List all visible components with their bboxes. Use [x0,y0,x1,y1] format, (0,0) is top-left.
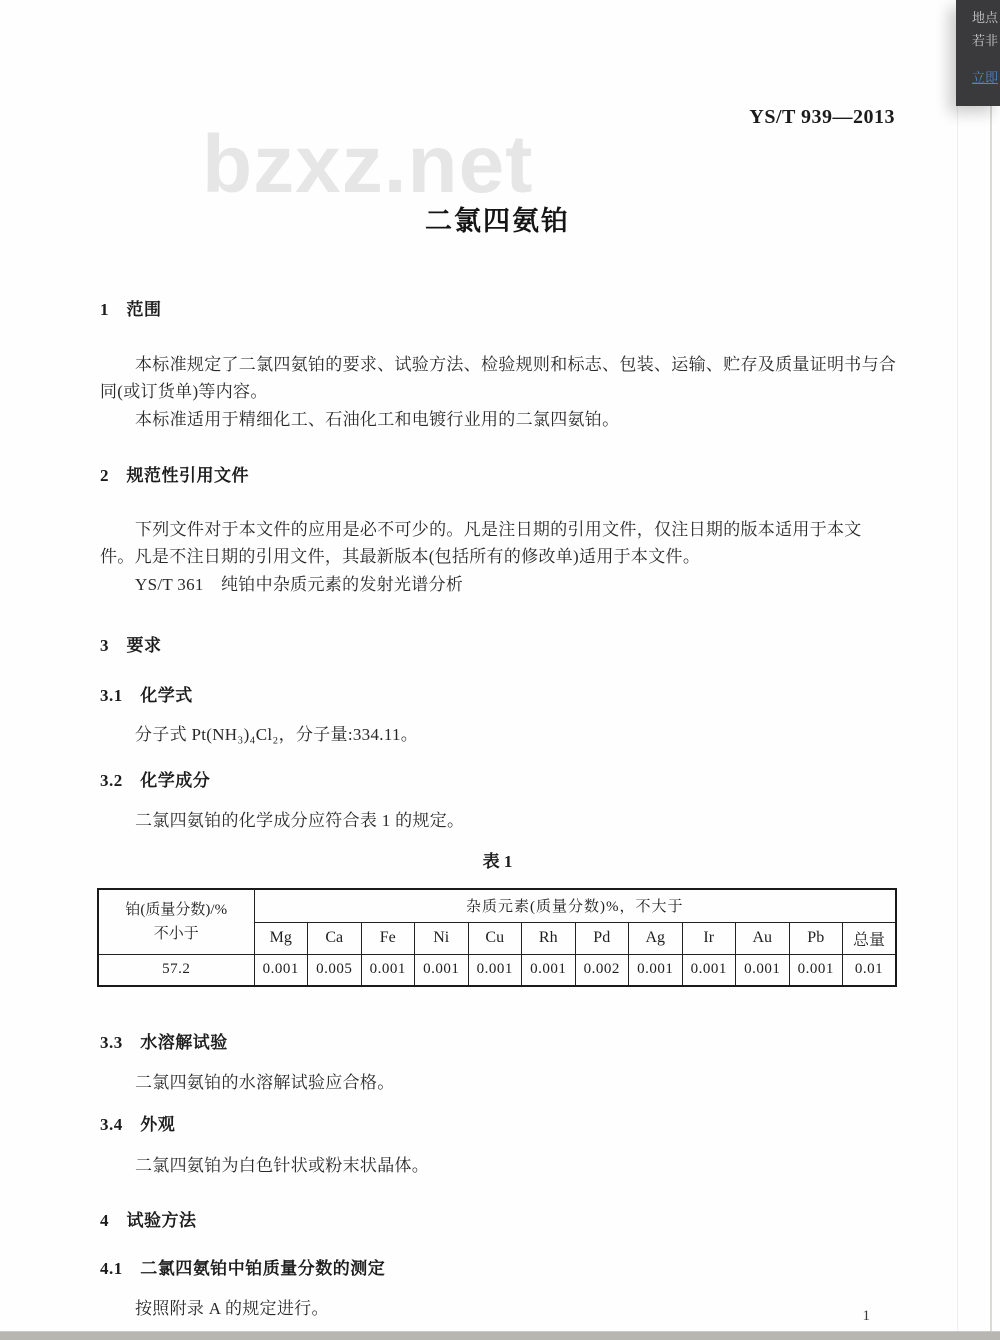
page-number: 1 [100,1308,870,1325]
table-header-element: Au [736,922,790,954]
section-1-heading: 1 范围 [100,295,162,320]
notice-popup-line-1: 地点 [972,6,1000,29]
table-cell-value: 0.001 [789,954,843,986]
notice-popup: 地点 若非 立即 [956,0,1000,106]
table-header-element: Ni [415,922,469,954]
section-3-2-heading: 3.2 化学成分 [100,766,210,791]
table-header-element: Mg [254,922,308,954]
table-cell-value: 0.002 [575,954,629,986]
table-header-element: Ag [629,922,683,954]
table-header-element: Ir [682,922,736,954]
section-3-4-heading: 3.4 外观 [100,1110,175,1135]
section-3-3-paragraph: 二氯四氨铂的水溶解试验应合格。 [100,1068,395,1093]
section-3-1-paragraph: 分子式 Pt(NH₃)₄Cl₂，分子量:334.11。 [100,720,418,745]
watermark: bzxz.net [202,124,533,206]
table-cell-value: 0.001 [629,954,683,986]
table-1: 铂(质量分数)/% 不小于 杂质元素(质量分数)%，不大于 Mg Ca Fe N… [97,888,897,987]
table-cell-value: 0.005 [308,954,362,986]
table-cell-value: 0.001 [468,954,522,986]
standard-number: YS/T 939—2013 [100,106,895,129]
page-edge-line [990,0,992,1332]
table-cell-value: 0.001 [736,954,790,986]
table-header-element: Rh [522,922,576,954]
table-header-impurities: 杂质元素(质量分数)%，不大于 [254,889,896,922]
table-cell-value: 0.001 [415,954,469,986]
table-header-element: Pd [575,922,629,954]
table-cell-value: 0.001 [361,954,415,986]
table-header-element: Ca [308,922,362,954]
notice-popup-link[interactable]: 立即 [972,67,1000,86]
section-1-paragraph-line: 同(或订货单)等内容。 [100,377,268,402]
section-4-heading: 4 试验方法 [100,1206,197,1231]
section-2-heading: 2 规范性引用文件 [100,461,249,486]
section-1-paragraph-line: 本标准规定了二氯四氨铂的要求、试验方法、检验规则和标志、包装、运输、贮存及质量证… [100,350,896,375]
table-header-pt-line-1: 铂(质量分数)/% [99,898,254,922]
table-cell-pt-value: 57.2 [98,954,254,986]
table-header-element: 总量 [843,922,897,954]
section-3-1-heading: 3.1 化学式 [100,681,193,706]
notice-popup-line-2: 若非 [972,29,1000,52]
table-header-element: Cu [468,922,522,954]
section-2-reference: YS/T 361 纯铂中杂质元素的发射光谱分析 [100,570,463,595]
section-2-paragraph-line: 下列文件对于本文件的应用是必不可少的。凡是注日期的引用文件，仅注日期的版本适用于… [100,515,862,540]
table-data-row: 57.2 0.001 0.005 0.001 0.001 0.001 0.001… [98,954,896,986]
section-1-paragraph-line: 本标准适用于精细化工、石油化工和电镀行业用的二氯四氨铂。 [100,405,619,430]
section-2-paragraph-line: 件。凡是不注日期的引用文件，其最新版本(包括所有的修改单)适用于本文件。 [100,542,700,567]
table-cell-value: 0.001 [522,954,576,986]
table-header-pt-line-2: 不小于 [99,922,254,946]
table-caption: 表 1 [100,847,895,872]
document-title: 二氯四氨铂 [100,199,895,238]
section-4-1-heading: 4.1 二氯四氨铂中铂质量分数的测定 [100,1254,385,1279]
page-edge-line-faint [957,104,958,1332]
section-3-4-paragraph: 二氯四氨铂为白色针状或粉末状晶体。 [100,1151,429,1176]
table-cell-value: 0.01 [843,954,897,986]
page-bottom-edge [0,1331,1000,1340]
table-cell-value: 0.001 [254,954,308,986]
document-page: bzxz.net 地点 若非 立即 YS/T 939—2013 二氯四氨铂 1 … [0,0,1000,1340]
section-3-2-paragraph: 二氯四氨铂的化学成分应符合表 1 的规定。 [100,806,464,831]
table-header-element: Fe [361,922,415,954]
table-cell-value: 0.001 [682,954,736,986]
section-3-3-heading: 3.3 水溶解试验 [100,1028,228,1053]
table-header-pt: 铂(质量分数)/% 不小于 [98,889,254,954]
section-3-heading: 3 要求 [100,631,162,656]
table-header-element: Pb [789,922,843,954]
